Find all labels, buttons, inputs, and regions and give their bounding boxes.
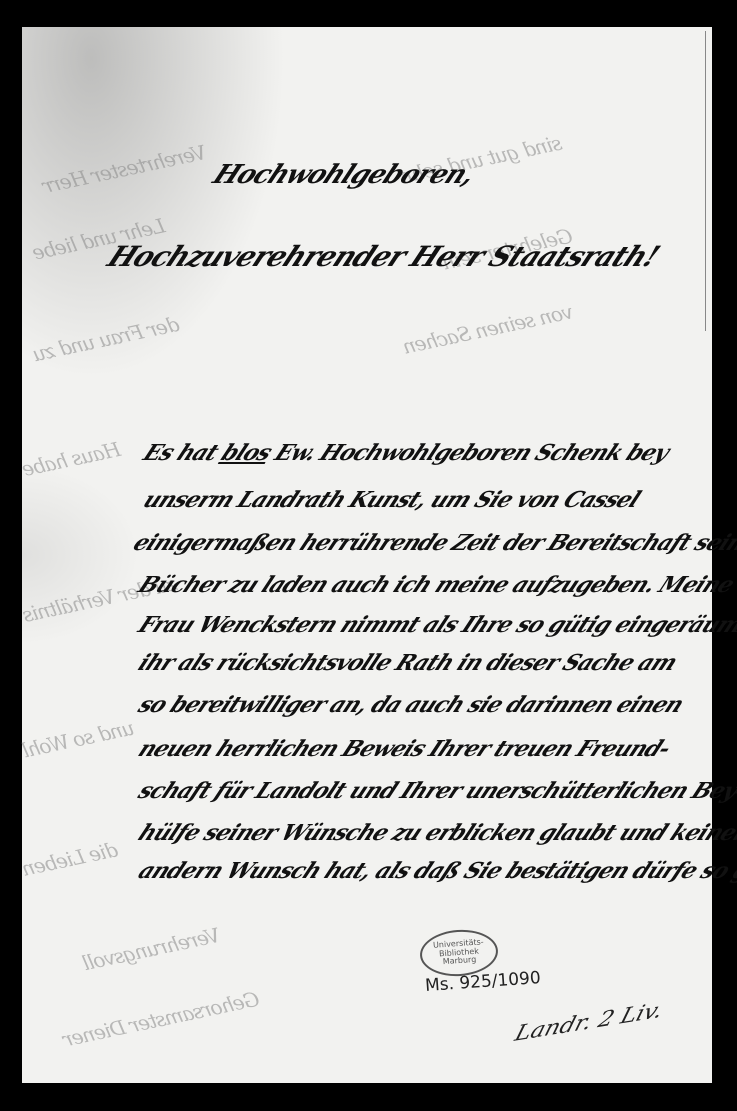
stamp-line-3: Marburg <box>443 956 477 967</box>
body-line-8: neuen herrlichen Beweis Ihrer treuen Fre… <box>134 736 674 762</box>
bleed-through-text: Verehrungsvoll <box>81 923 222 975</box>
body-line-9: schaft für Landolt und Ihrer unerschütte… <box>134 778 737 804</box>
bleed-through-text: Gehorsamster Diener <box>62 987 262 1052</box>
salutation-line-1: Hochwohlgeboren, <box>208 160 480 190</box>
body-line-1: Es hat blos Ew. Hochwohlgeboren Schenk b… <box>139 440 673 466</box>
body-line-10: hülfe seiner Wünsche zu erblicken glaubt… <box>134 820 737 846</box>
bleed-through-text: der Frau und zu <box>31 312 181 366</box>
body-line-6: ihr als rücksichtsvolle Rath in dieser S… <box>134 650 681 676</box>
body-line-1-end: Ew. Hochwohlgeboren Schenk bey <box>270 440 673 466</box>
body-line-5: Frau Wenckstern nimmt als Ihre so gütig … <box>134 612 737 638</box>
bleed-through-text: und so Wohl <box>21 716 137 763</box>
underlined-word: blos <box>217 440 276 466</box>
bleed-through-text: Haus habe <box>21 437 123 481</box>
body-line-2: unserm Landrath Kunst, um Sie von Cassel <box>139 487 644 513</box>
body-line-4: Bücher zu laden auch ich meine aufzugebe… <box>134 572 737 598</box>
bleed-through-text: die Lieben <box>21 837 120 881</box>
body-line-1-start: Es hat <box>139 440 222 466</box>
salutation-line-2: Hochzuverehrender Herr Staatsrath! <box>102 240 664 273</box>
bleed-through-text: von seinen Sachen <box>401 299 575 358</box>
body-line-3: einigermaßen herrührende Zeit der Bereit… <box>129 530 737 556</box>
paper-edge-fold <box>705 31 706 331</box>
bleed-through-text: Verehrtester Herr <box>41 140 208 198</box>
body-line-11: andern Wunsch hat, als daß Sie bestätige… <box>134 858 737 884</box>
body-line-7: so bereitwilliger an, da auch sie darinn… <box>134 692 687 718</box>
